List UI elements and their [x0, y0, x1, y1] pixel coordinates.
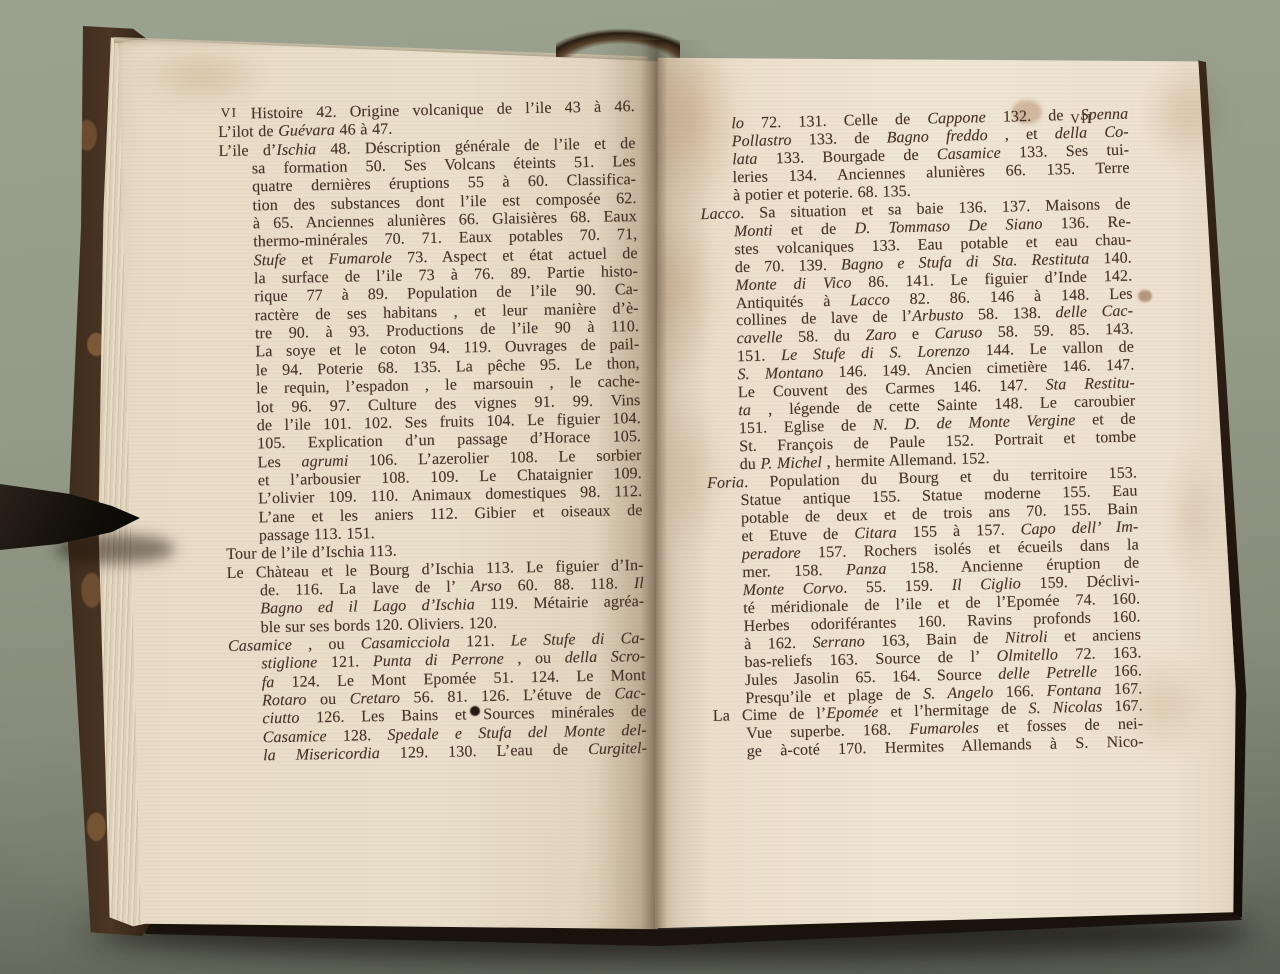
- toc-text: , et: [988, 125, 1056, 144]
- toc-text: 133. Ses tui-: [1001, 141, 1130, 161]
- toc-italic-text: Monte Corvo: [743, 579, 844, 598]
- photo-of-open-book: VI Histoire 42. Origine volcanique de l’…: [0, 0, 1280, 974]
- toc-italic-text: Fontana: [1046, 681, 1101, 699]
- toc-text: 119. Métairie agréa-: [475, 593, 645, 613]
- toc-italic-text: P. Michel: [760, 454, 822, 472]
- toc-italic-text: Le Stufe di Ca-: [511, 630, 646, 650]
- toc-text: 128.: [327, 727, 388, 745]
- toc-text: et de: [1075, 411, 1136, 429]
- toc-text: 121.: [450, 633, 511, 651]
- toc-italic-text: Lacco: [700, 205, 740, 223]
- toc-italic-text: S. Angelo: [923, 684, 994, 703]
- toc-italic-text: delle Petrelle: [998, 663, 1097, 682]
- toc-text: 132. de: [986, 107, 1081, 126]
- toc-italic-text: Pollastro: [732, 132, 792, 150]
- toc-text: et Etuve de: [741, 525, 854, 545]
- toc-italic-text: Olmitello: [996, 646, 1058, 664]
- toc-italic-text: Casamice: [263, 728, 327, 746]
- toc-italic-text: agrumi: [301, 452, 348, 470]
- toc-italic-text: Curgitel-: [588, 740, 647, 758]
- toc-text: 166.: [1097, 662, 1142, 680]
- toc-text: La Cime de l’: [713, 706, 827, 726]
- toc-italic-text: Nitroli: [1005, 628, 1048, 646]
- toc-italic-text: Epomée: [826, 704, 879, 722]
- left-toc-lines: Histoire 42. Origine volcanique de l’ile…: [218, 98, 648, 766]
- toc-italic-text: delle Cac-: [1055, 303, 1133, 322]
- toc-text: Tour de l’ile d’Ischia 113.: [226, 543, 397, 563]
- toc-text: 155 à 157.: [897, 521, 1021, 541]
- toc-italic-text: Cac-: [614, 685, 646, 703]
- toc-italic-text: Sta Restitu-: [1045, 375, 1135, 394]
- toc-text: 60. 88. 118.: [502, 575, 635, 595]
- toc-italic-text: Arbusto: [912, 307, 964, 325]
- toc-italic-text: Cappone: [927, 109, 986, 127]
- toc-text: 121.: [317, 653, 373, 671]
- toc-text: L’ile d’: [218, 142, 276, 160]
- toc-italic-text: peradore: [742, 545, 801, 563]
- ink-blot: [470, 706, 480, 716]
- toc-text: ou: [306, 691, 350, 709]
- toc-text: passage 113. 151.: [259, 525, 375, 544]
- toc-text: 163, Bain de: [865, 629, 1005, 649]
- toc-italic-text: Guévara: [278, 122, 335, 140]
- toc-text: mer. 158.: [742, 561, 846, 581]
- toc-italic-text: Casamicciola: [361, 634, 451, 653]
- toc-italic-text: Fumaroles: [909, 720, 979, 739]
- toc-italic-text: fa: [262, 674, 275, 691]
- toc-italic-text: Foria: [707, 474, 744, 492]
- toc-text: 159. Déclivi-: [1021, 572, 1140, 592]
- toc-text: 167.: [1102, 698, 1143, 716]
- toc-italic-text: Bagno freddo: [886, 127, 988, 146]
- toc-text: 167.: [1101, 680, 1142, 698]
- toc-italic-text: Serrano: [812, 633, 865, 651]
- toc-italic-text: ciutto: [262, 710, 299, 728]
- toc-text: , ou: [292, 635, 361, 653]
- toc-text: 72. 163.: [1058, 644, 1142, 663]
- left-page-number: VI: [221, 104, 238, 123]
- toc-italic-text: Il: [634, 575, 644, 592]
- right-page-number: VII: [1070, 109, 1093, 127]
- toc-text: e: [896, 326, 935, 344]
- toc-text: Les: [257, 453, 301, 471]
- toc-text: 46 à 47.: [335, 121, 393, 139]
- toc-italic-text: Panza: [846, 560, 887, 578]
- toc-italic-text: lata: [732, 151, 758, 169]
- toc-italic-text: Casamice: [937, 145, 1001, 164]
- toc-text: Antiquités à: [736, 292, 851, 312]
- toc-italic-text: Bagno ed il Lago d’Ischia: [260, 596, 475, 617]
- toc-text: 58. du: [782, 328, 865, 347]
- toc-italic-text: Monti: [734, 222, 773, 240]
- toc-text: 151.: [737, 348, 781, 366]
- toc-italic-text: Lacco: [850, 291, 890, 309]
- toc-italic-text: la Misericordia: [263, 745, 380, 764]
- toc-text: 140.: [1089, 249, 1132, 267]
- toc-text: et de: [773, 220, 855, 239]
- toc-italic-text: Fumarole: [328, 249, 392, 267]
- right-toc-lines: lo 72. 131. Celle de Cappone 132. de Spe…: [698, 106, 1144, 763]
- toc-text: 129. 130. L’eau de: [380, 741, 589, 762]
- toc-text: de. 116. La lave de l’: [260, 578, 471, 599]
- toc-italic-text: S. Nicolas: [1028, 699, 1102, 718]
- toc-text: 136. Re-: [1042, 213, 1131, 232]
- toc-text: . 55. 159.: [843, 577, 952, 597]
- toc-text: L’ilot de: [218, 123, 278, 141]
- toc-italic-text: Il Ciglio: [952, 575, 1022, 594]
- toc-text: 58. 138.: [963, 305, 1055, 324]
- toc-italic-text: S. Montano: [737, 364, 823, 383]
- toc-italic-text: Cretaro: [350, 690, 401, 708]
- toc-italic-text: Monte di Vico: [735, 274, 852, 294]
- toc-italic-text: Casamice: [228, 637, 292, 655]
- toc-text: et anciens: [1047, 626, 1141, 645]
- toc-text: , ou: [504, 650, 565, 668]
- toc-text: de 70. 139.: [735, 256, 842, 276]
- toc-italic-text: Punta di Perrone: [373, 651, 504, 671]
- toc-italic-text: cavelle: [736, 330, 782, 348]
- toc-italic-text: Ischia: [276, 141, 316, 159]
- toc-italic-text: della Scro-: [565, 648, 646, 667]
- toc-text: du: [740, 456, 761, 474]
- left-page-text: VI Histoire 42. Origine volcanique de l’…: [218, 98, 648, 766]
- toc-text: 133. de: [791, 129, 886, 148]
- toc-italic-text: Capo dell’ Im-: [1020, 518, 1138, 538]
- toc-text: 166.: [993, 682, 1047, 700]
- right-page-text: VII lo 72. 131. Celle de Cappone 132. de…: [698, 106, 1144, 763]
- toc-italic-text: Zaro: [865, 327, 896, 345]
- toc-italic-text: Stufe: [253, 252, 286, 270]
- toc-italic-text: ta: [738, 402, 751, 419]
- toc-italic-text: Arso: [471, 578, 502, 596]
- toc-text: à 162.: [744, 634, 813, 653]
- toc-italic-text: Rotaro: [262, 691, 307, 709]
- toc-text: et: [286, 251, 329, 269]
- toc-italic-text: stiglione: [261, 655, 317, 673]
- toc-text: 151. Eglise de: [739, 417, 873, 437]
- toc-italic-text: Citara: [854, 524, 897, 542]
- toc-italic-text: lo: [731, 115, 744, 132]
- toc-italic-text: Caruso: [934, 325, 982, 343]
